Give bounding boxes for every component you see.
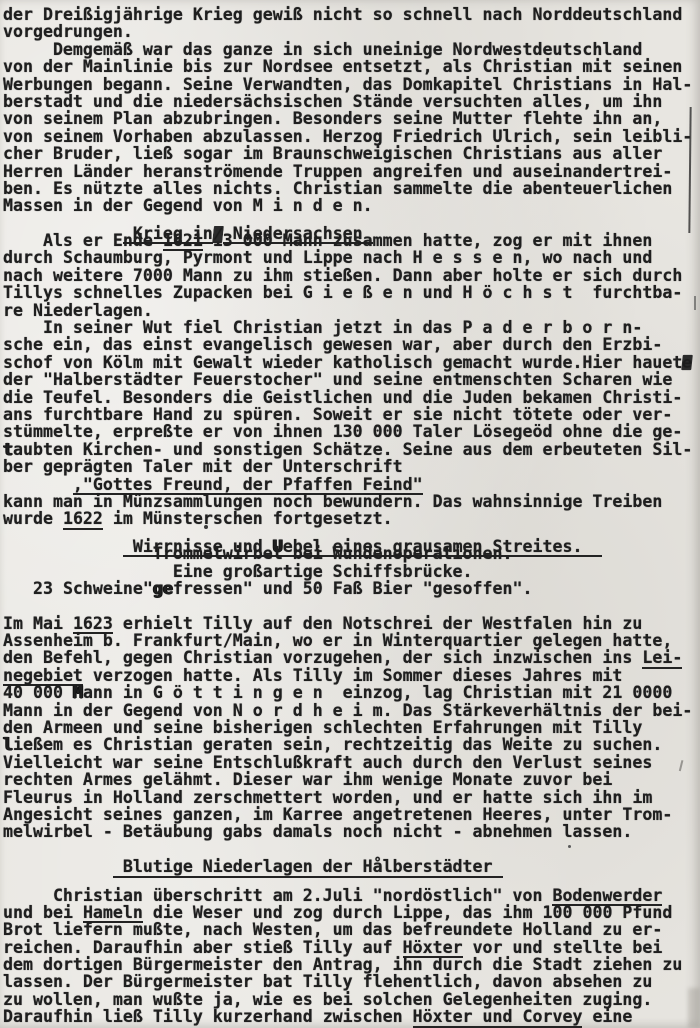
- text-line: Angesicht seines ganzen, im Karree anget…: [3, 806, 700, 823]
- section-heading: Blutige Niederlagen der Hålberstädter: [3, 858, 700, 875]
- text-line: vorgedrungen.: [3, 23, 700, 40]
- text-line: taubten Kirchen- und sonstigen Schätze. …: [3, 441, 700, 458]
- text-line: zu wollen, man wußte ja, wie es bei solc…: [3, 991, 700, 1008]
- text-line: Im Mai 1623 erhielt Tilly auf den Notsch…: [3, 615, 700, 632]
- text-line: Christian überschritt am 2.Juli "nordöst…: [3, 887, 700, 904]
- text-line: negebiet verzogen hatte. Als Tilly im So…: [3, 667, 700, 684]
- text-line: Daraufhin ließ Tilly kurzerhand zwischen…: [3, 1008, 700, 1025]
- text-line: reichen. Daraufhin aber stieß Tilly auf …: [3, 939, 700, 956]
- text-line: rechten Armes gelähmt. Dieser war ihm we…: [3, 771, 700, 788]
- text-line: Massen in der Gegend von M i n d e n.: [3, 197, 700, 214]
- text-line: re Niederlagen.: [3, 302, 700, 319]
- text-line: der "Halberstädter Feuerstocher" und sei…: [3, 371, 700, 388]
- text-line: der Dreißigjährige Krieg gewiß nicht so …: [3, 6, 700, 23]
- text-line: Tillys schnelles Zupacken bei G i e ß e …: [3, 284, 700, 301]
- text-line: lassen. Der Bürgermeister bat Tilly fleh…: [3, 973, 700, 990]
- text-line: Herren Länder heranströmende Truppen ang…: [3, 163, 700, 180]
- text-line: durch Schaumburg, Pyrmont und Lippe nach…: [3, 249, 700, 266]
- text-line: und bei Hameln die Weser und zog durch L…: [3, 904, 700, 921]
- text-line: sche ein, das einst evangelisch gewesen …: [3, 336, 700, 353]
- text-line: Assenheim b. Frankfurt/Main, wo er in Wi…: [3, 632, 700, 649]
- text-line: Als er Ende 1621 13 000 Mann zusammen ha…: [3, 232, 700, 249]
- text-line: den Armeen und seine bisherigen schlecht…: [3, 719, 700, 736]
- text-line: von seinem Plan abzubringen. Besonders s…: [3, 110, 700, 127]
- text-line: berstadt und die niedersächsischen Ständ…: [3, 93, 700, 110]
- text-line: kann man in Münzsammlungen noch bewunder…: [3, 493, 700, 510]
- text-line: [3, 597, 700, 614]
- text-line: 23 Schweine"gefressen" und 50 Faß Bier "…: [3, 580, 700, 597]
- text-line: melwirbel - Betäubung gabs damals noch n…: [3, 823, 700, 840]
- text-line: Brot liefern mußte, nach Westen, um das …: [3, 921, 700, 938]
- text-line: Eine großartige Schiffsbrücke.: [3, 563, 700, 580]
- document-page: der Dreißigjährige Krieg gewiß nicht so …: [0, 0, 700, 1028]
- text-line: stümmelte, erpreßte er von ihnen 130 000…: [3, 423, 700, 440]
- text-line: schof von Kölm mit Gewalt wieder katholi…: [3, 354, 700, 371]
- text-line: ber geprägten Taler mit der Unterschrift: [3, 458, 700, 475]
- text-line: ans furchtbare Hand zu spüren. Soweit er…: [3, 406, 700, 423]
- text-line: wurde 1622 im Münsterschen fortgesetzt.: [3, 510, 700, 527]
- text-line: [3, 841, 700, 858]
- text-line: cher Bruder, ließ sogar im Braunschweigi…: [3, 145, 700, 162]
- document-body: der Dreißigjährige Krieg gewiß nicht so …: [3, 6, 700, 1026]
- text-line: die Teufel. Besonders die Geistlichen un…: [3, 389, 700, 406]
- text-line: ließem es Christian geraten sein, rechtz…: [3, 736, 700, 753]
- text-line: den Befehl, gegen Christian vorzugehen, …: [3, 649, 700, 666]
- text-line: Vielleicht war seine Entschlußkraft auch…: [3, 754, 700, 771]
- text-line: dem dortigen Bürgermeister den Antrag, i…: [3, 956, 700, 973]
- text-line: Werbungen begann. Seine Verwandten, das …: [3, 76, 700, 93]
- text-line: nach weitere 7000 Mann zu ihm stießen. D…: [3, 267, 700, 284]
- text-line: Mann in der Gegend von N o r d h e i m. …: [3, 702, 700, 719]
- text-line: von der Mainlinie bis zur Nordsee entset…: [3, 58, 700, 75]
- text-line: In seiner Wut fiel Christian jetzt in da…: [3, 319, 700, 336]
- text-line: 40 000 Mann in G ö t t i n g e n einzog,…: [3, 684, 700, 701]
- text-line: Fleurus in Holland zerschmettert worden,…: [3, 789, 700, 806]
- text-line: ben. Es nützte alles nichts. Christian s…: [3, 180, 700, 197]
- text-line: Demgemäß war das ganze in sich uneinige …: [3, 41, 700, 58]
- text-line: von seinem Vorhaben abzulassen. Herzog F…: [3, 128, 700, 145]
- text-line: ,"Gottes Freund, der Pfaffen Feind": [3, 476, 700, 493]
